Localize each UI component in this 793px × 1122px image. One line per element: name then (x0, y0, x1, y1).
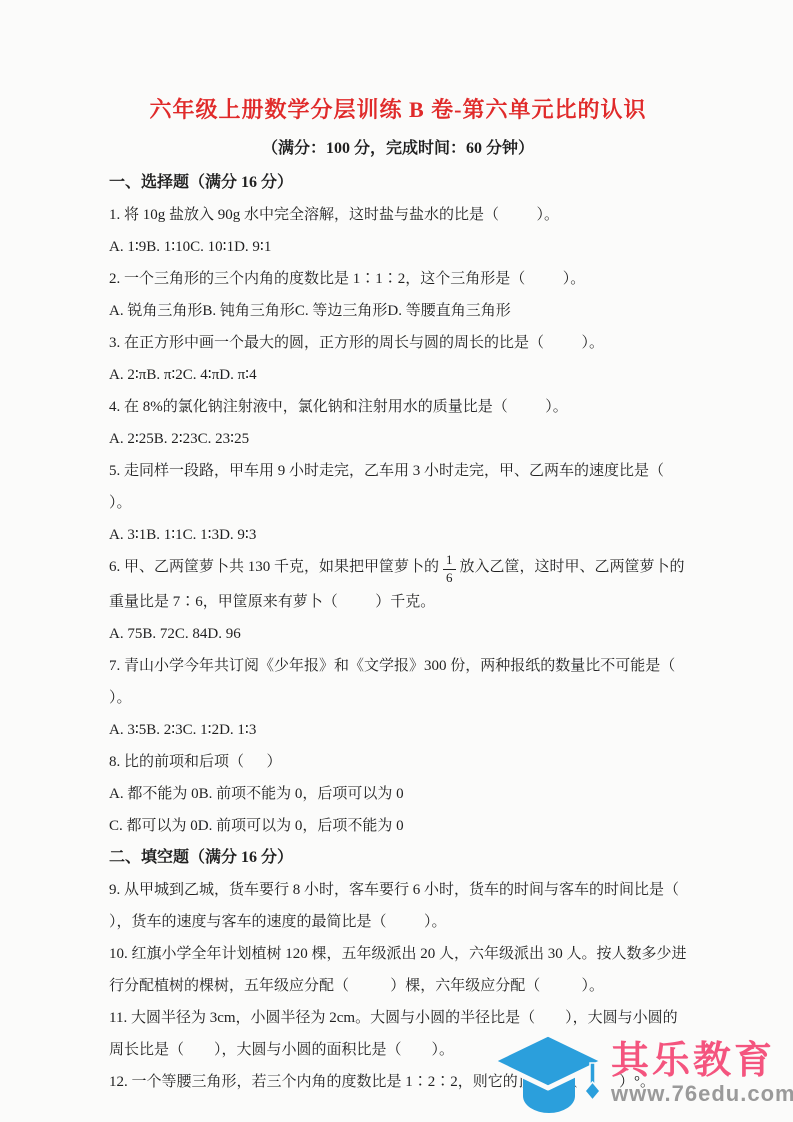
question-3: 3. 在正方形中画一个最大的圆，正方形的周长与圆的周长的比是（ ）。 (109, 327, 687, 359)
option-2c: C. 等边三角形 (295, 295, 388, 327)
question-4: 4. 在 8%的氯化钠注射液中，氯化钠和注射用水的质量比是（ ）。 (109, 391, 687, 423)
question-7-options: A. 3∶5 B. 2∶3 C. 1∶2 D. 1∶3 (109, 714, 687, 746)
question-2-options: A. 锐角三角形 B. 钝角三角形 C. 等边三角形 D. 等腰直角三角形 (109, 295, 687, 327)
section-heading-choice: 一、选择题（满分 16 分） (109, 167, 687, 199)
option-6c: C. 84 (175, 618, 208, 650)
question-8-options-row-1: A. 都不能为 0 B. 前项不能为 0，后项可以为 0 (109, 778, 687, 810)
brand-url: www.76edu.com (611, 1082, 793, 1106)
question-10: 10. 红旗小学全年计划植树 120 棵，五年级派出 20 人，六年级派出 30… (109, 938, 687, 1002)
option-1a: A. 1∶9 (109, 231, 146, 263)
option-4b: B. 2∶23 (154, 423, 198, 455)
option-7a: A. 3∶5 (109, 714, 146, 746)
option-6a: A. 75 (109, 618, 142, 650)
option-5c: C. 1∶3 (183, 519, 219, 551)
question-1: 1. 将 10g 盐放入 90g 水中完全溶解，这时盐与盐水的比是（ ）。 (109, 199, 687, 231)
option-6b: B. 72 (142, 618, 175, 650)
question-9: 9. 从甲城到乙城，货车要行 8 小时，客车要行 6 小时，货车的时间与客车的时… (109, 874, 687, 938)
brand-name: 其乐教育 (611, 1040, 793, 1082)
option-5a: A. 3∶1 (109, 519, 146, 551)
brand-text-block: 其乐教育 www.76edu.com (611, 1030, 793, 1106)
fraction-one-sixth: 16 (443, 553, 456, 586)
option-3d: D. π∶4 (219, 359, 687, 391)
option-8b: B. 前项不能为 0，后项可以为 0 (199, 778, 687, 810)
question-6-options: A. 75 B. 72 C. 84 D. 96 (109, 618, 687, 650)
option-7d: D. 1∶3 (219, 714, 687, 746)
option-4c: C. 23∶25 (198, 423, 687, 455)
graduation-cap-icon (487, 1030, 609, 1116)
option-3c: C. 4∶π (183, 359, 219, 391)
question-2: 2. 一个三角形的三个内角的度数比是 1∶1∶2，这个三角形是（ ）。 (109, 263, 687, 295)
option-2b: B. 钝角三角形 (202, 295, 295, 327)
option-5d: D. 9∶3 (219, 519, 687, 551)
question-7: 7. 青山小学今年共订阅《少年报》和《文学报》300 份，两种报纸的数量比不可能… (109, 650, 687, 714)
option-7b: B. 2∶3 (146, 714, 182, 746)
option-1b: B. 1∶10 (146, 231, 190, 263)
question-6: 6. 甲、乙两筐萝卜共 130 千克，如果把甲筐萝卜的16放入乙筐，这时甲、乙两… (109, 551, 687, 618)
option-3b: B. π∶2 (146, 359, 182, 391)
page-title: 六年级上册数学分层训练 B 卷-第六单元比的认识 (109, 89, 687, 131)
question-6-text-before: 6. 甲、乙两筐萝卜共 130 千克，如果把甲筐萝卜的 (109, 559, 439, 575)
question-4-options: A. 2∶25 B. 2∶23 C. 23∶25 (109, 423, 687, 455)
section-heading-fill: 二、填空题（满分 16 分） (109, 842, 687, 874)
fraction-numerator: 1 (443, 553, 456, 570)
question-1-options: A. 1∶9 B. 1∶10 C. 10∶1 D. 9∶1 (109, 231, 687, 263)
option-1d: D. 9∶1 (234, 231, 687, 263)
option-4a: A. 2∶25 (109, 423, 154, 455)
fraction-denominator: 6 (443, 570, 456, 586)
question-3-options: A. 2∶π B. π∶2 C. 4∶π D. π∶4 (109, 359, 687, 391)
option-3a: A. 2∶π (109, 359, 146, 391)
page-subtitle: （满分：100 分，完成时间：60 分钟） (109, 131, 687, 167)
worksheet-content: 六年级上册数学分层训练 B 卷-第六单元比的认识 （满分：100 分，完成时间：… (109, 89, 687, 1098)
option-5b: B. 1∶1 (146, 519, 182, 551)
option-6d: D. 96 (207, 618, 687, 650)
option-1c: C. 10∶1 (190, 231, 234, 263)
question-8: 8. 比的前项和后项（ ） (109, 746, 687, 778)
option-8a: A. 都不能为 0 (109, 778, 199, 810)
brand-logo: 其乐教育 www.76edu.com (487, 1030, 793, 1116)
question-5-options: A. 3∶1 B. 1∶1 C. 1∶3 D. 9∶3 (109, 519, 687, 551)
option-2a: A. 锐角三角形 (109, 295, 202, 327)
option-2d: D. 等腰直角三角形 (387, 295, 687, 327)
question-5: 5. 走同样一段路，甲车用 9 小时走完，乙车用 3 小时走完，甲、乙两车的速度… (109, 455, 687, 519)
option-8c: C. 都可以为 0 (109, 810, 198, 842)
worksheet-page: 六年级上册数学分层训练 B 卷-第六单元比的认识 （满分：100 分，完成时间：… (0, 0, 793, 1122)
option-8d: D. 前项可以为 0，后项不能为 0 (198, 810, 687, 842)
option-7c: C. 1∶2 (183, 714, 219, 746)
question-8-options-row-2: C. 都可以为 0 D. 前项可以为 0，后项不能为 0 (109, 810, 687, 842)
